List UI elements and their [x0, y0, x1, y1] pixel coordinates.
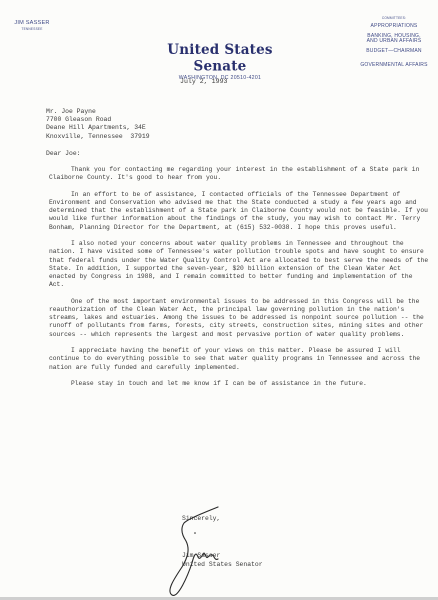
body-paragraph: I appreciate having the benefit of your …: [49, 347, 429, 372]
letter-date: July 2, 1993: [180, 78, 227, 85]
committee-item: GOVERNMENTAL AFFAIRS: [352, 63, 436, 69]
recipient-address: Mr. Joe Payne 7700 Gleason Road Deane Hi…: [46, 108, 150, 141]
recipient-line: Deane Hill Apartments, 34E: [46, 124, 150, 132]
committee-item: APPROPRIATIONS: [352, 24, 436, 30]
letter-body: Thank you for contacting me regarding yo…: [49, 166, 429, 397]
body-paragraph: Thank you for contacting me regarding yo…: [49, 166, 429, 182]
signer-title: United States Senator: [182, 561, 263, 569]
sender-block: JIM SASSER TENNESSEE: [9, 20, 55, 32]
body-paragraph: Please stay in touch and let me know if …: [49, 380, 429, 388]
committees-heading: COMMITTEES:: [352, 15, 436, 21]
committee-item: BUDGET—CHAIRMAN: [352, 49, 436, 55]
body-paragraph: One of the most important environmental …: [49, 298, 429, 339]
letterhead-title: United States Senate: [140, 41, 300, 75]
letter-page: JIM SASSER TENNESSEE United States Senat…: [0, 0, 438, 600]
recipient-line: 7700 Gleason Road: [46, 116, 150, 124]
salutation: Dear Joe:: [46, 150, 81, 157]
sender-name: JIM SASSER: [9, 20, 55, 27]
sender-state: TENNESSEE: [9, 27, 55, 32]
recipient-line: Mr. Joe Payne: [46, 108, 150, 116]
body-paragraph: I also noted your concerns about water q…: [49, 240, 429, 289]
committee-item: BANKING, HOUSING, AND URBAN AFFAIRS: [352, 34, 436, 45]
letterhead-center: United States Senate WASHINGTON, DC 2051…: [140, 42, 300, 82]
recipient-line: Knoxville, Tennessee 37919: [46, 133, 150, 141]
body-paragraph: In an effort to be of assistance, I cont…: [49, 191, 429, 232]
committees-block: COMMITTEES: APPROPRIATIONS BANKING, HOUS…: [352, 15, 436, 73]
signer-name: Jim Sasser: [182, 552, 220, 560]
